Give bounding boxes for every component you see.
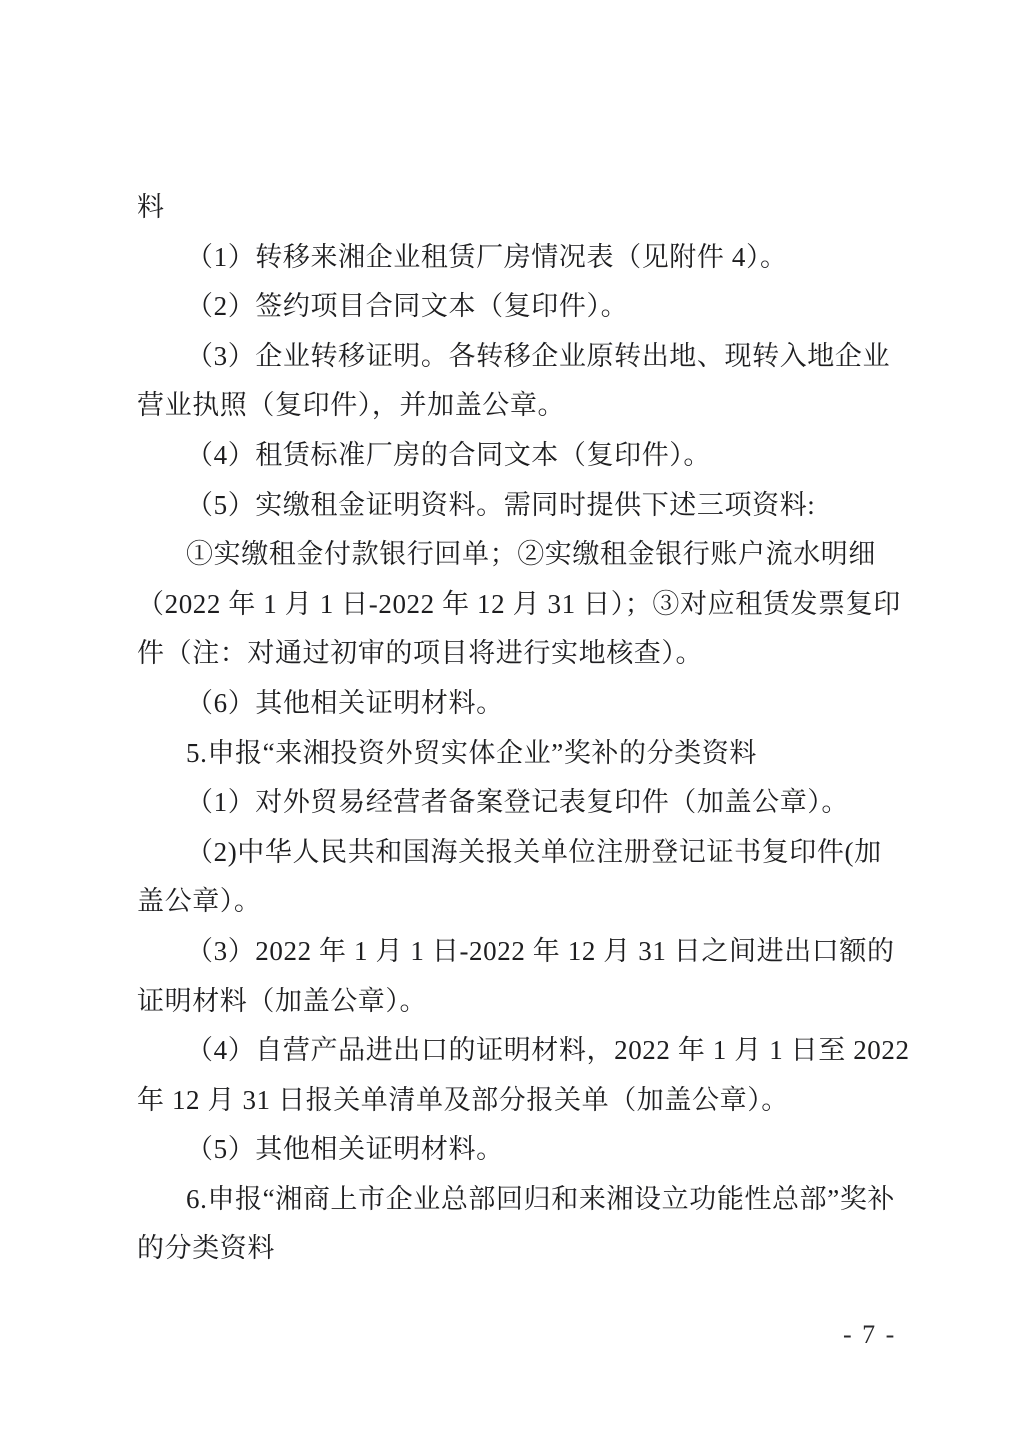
text-line: 件（注：对通过初审的项目将进行实地核查）。 [0,629,1024,679]
text-line: （3）企业转移证明。各转移企业原转出地、现转入地企业 [0,332,1024,382]
text-line: 的分类资料 [0,1224,1024,1274]
text-line: （2022 年 1 月 1 日-2022 年 12 月 31 日）；③对应租赁发… [0,580,1024,630]
text-line: 料 [0,183,1024,233]
text-line: （2）签约项目合同文本（复印件）。 [0,282,1024,332]
text-line: （4）自营产品进出口的证明材料，2022 年 1 月 1 日至 2022 [0,1026,1024,1076]
text-line: （5）实缴租金证明资料。需同时提供下述三项资料: [0,481,1024,531]
text-line: ①实缴租金付款银行回单；②实缴租金银行账户流水明细 [0,530,1024,580]
section-heading: 5.申报“来湘投资外贸实体企业”奖补的分类资料 [0,729,1024,779]
text-line: 盖公章）。 [0,877,1024,927]
text-line: （3）2022 年 1 月 1 日-2022 年 12 月 31 日之间进出口额… [0,927,1024,977]
text-line: 证明材料（加盖公章）。 [0,977,1024,1027]
page-number: - 7 - [843,1320,896,1350]
document-page: 料 （1）转移来湘企业租赁厂房情况表（见附件 4）。 （2）签约项目合同文本（复… [0,0,1024,1447]
text-line: （6）其他相关证明材料。 [0,679,1024,729]
section-heading: 6.申报“湘商上市企业总部回归和来湘设立功能性总部”奖补 [0,1175,1024,1225]
text-line: 营业执照（复印件），并加盖公章。 [0,381,1024,431]
text-line: （4）租赁标准厂房的合同文本（复印件）。 [0,431,1024,481]
text-line: （2)中华人民共和国海关报关单位注册登记证书复印件(加 [0,828,1024,878]
text-line: 年 12 月 31 日报关单清单及部分报关单（加盖公章）。 [0,1076,1024,1126]
document-body: 料 （1）转移来湘企业租赁厂房情况表（见附件 4）。 （2）签约项目合同文本（复… [0,183,1024,1274]
text-line: （1）对外贸易经营者备案登记表复印件（加盖公章）。 [0,778,1024,828]
text-line: （5）其他相关证明材料。 [0,1125,1024,1175]
text-line: （1）转移来湘企业租赁厂房情况表（见附件 4）。 [0,233,1024,283]
